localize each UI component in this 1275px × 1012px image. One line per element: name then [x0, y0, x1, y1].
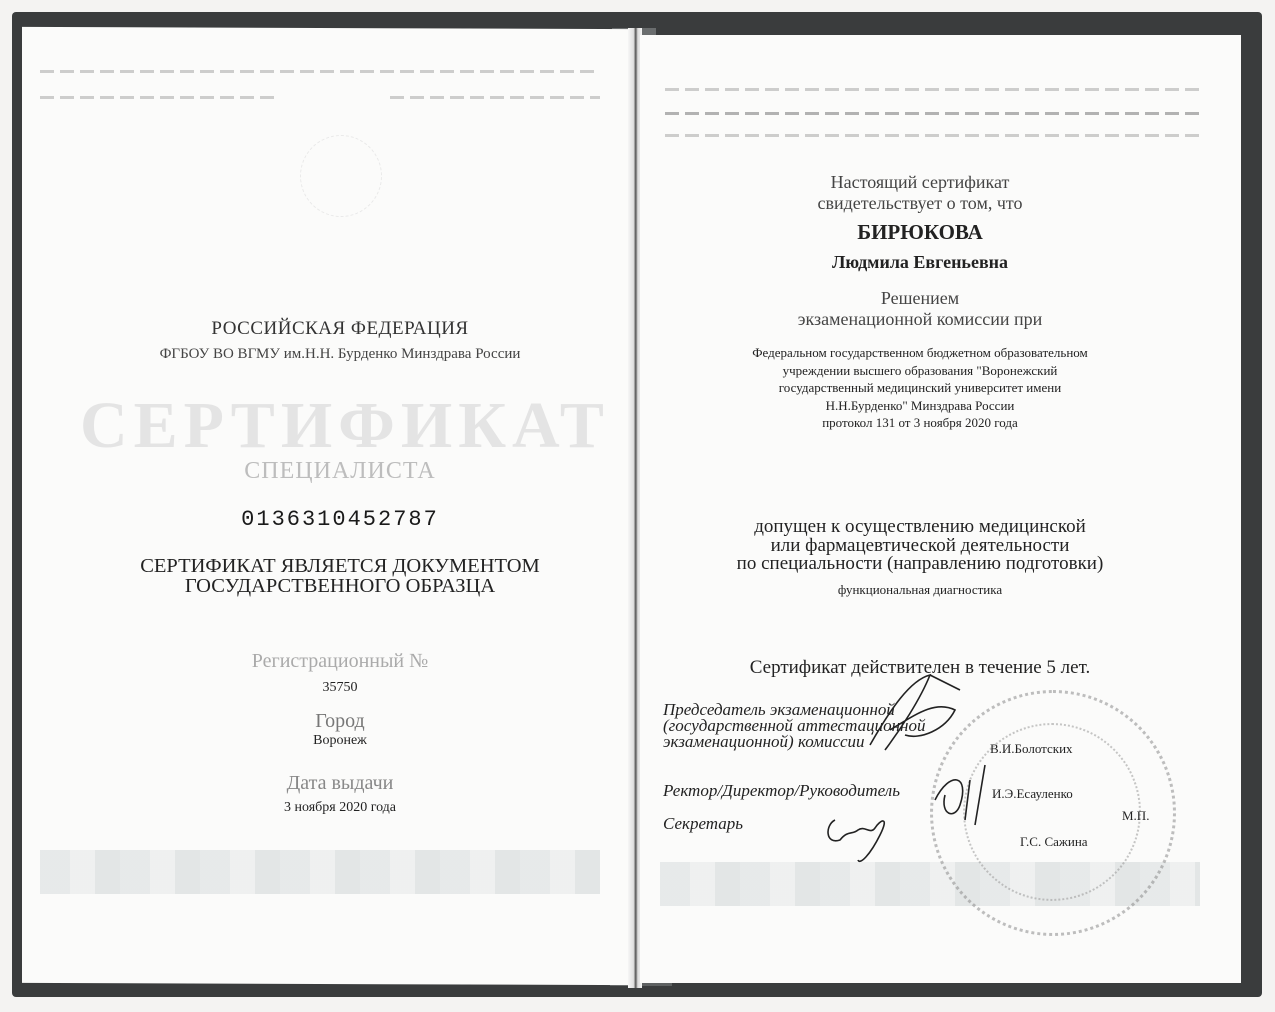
intro-text: Настоящий сертификат свидетельствует о т…	[640, 172, 1200, 214]
rector-label: Ректор/Директор/Руководитель	[663, 783, 900, 799]
institution-line: государственный медицинский университет …	[640, 379, 1200, 397]
specialty-value: функциональная диагностика	[640, 582, 1200, 598]
institution-line: Н.Н.Бурденко" Минздрава России	[640, 397, 1200, 415]
admission-line: по специальности (направлению подготовки…	[640, 555, 1200, 574]
city-label: Город	[100, 710, 580, 733]
decision-line: Решением	[640, 288, 1200, 309]
country-heading: РОССИЙСКАЯ ФЕДЕРАЦИЯ	[100, 318, 580, 340]
serial-number: 0136310452787	[100, 507, 580, 532]
certificate-subtitle: СПЕЦИАЛИСТА	[100, 458, 580, 485]
issue-date-label: Дата выдачи	[100, 772, 580, 795]
decorative-band	[40, 850, 600, 894]
decision-text: Решением экзаменационной комиссии при	[640, 288, 1200, 330]
institution-line: Федеральном государственном бюджетном об…	[640, 344, 1200, 362]
city-value: Воронеж	[100, 733, 580, 749]
institution-line: учреждении высшего образования "Воронежс…	[640, 362, 1200, 380]
seal-place-label: М.П.	[1122, 808, 1149, 824]
emblem-watermark	[300, 135, 382, 217]
state-document-line: ГОСУДАРСТВЕННОГО ОБРАЗЦА	[80, 576, 600, 596]
secretary-signature	[820, 800, 900, 870]
chairman-name: В.И.Болотских	[990, 741, 1073, 757]
institution-block: Федеральном государственном бюджетном об…	[640, 344, 1200, 432]
intro-line: свидетельствует о том, что	[640, 193, 1200, 214]
holder-given-names: Людмила Евгеньевна	[640, 252, 1200, 273]
secretary-name: Г.С. Сажина	[1020, 834, 1088, 850]
protocol-line: протокол 131 от 3 ноября 2020 года	[640, 414, 1200, 432]
state-document-note: СЕРТИФИКАТ ЯВЛЯЕТСЯ ДОКУМЕНТОМ ГОСУДАРСТ…	[80, 556, 600, 596]
admission-block: допущен к осуществлению медицинской или …	[640, 518, 1200, 574]
chairman-signature	[860, 670, 970, 760]
decorative-rule	[390, 96, 600, 99]
intro-line: Настоящий сертификат	[640, 172, 1200, 193]
registration-number: 35750	[100, 680, 580, 696]
registration-label: Регистрационный №	[100, 650, 580, 673]
issuer-short: ФГБОУ ВО ВГМУ им.Н.Н. Бурденко Минздрава…	[100, 346, 580, 363]
admission-line: допущен к осуществлению медицинской	[640, 518, 1200, 537]
decorative-rule	[665, 88, 1205, 91]
title-watermark: СЕРТИФИКАТ	[80, 388, 600, 464]
decorative-rule	[665, 134, 1205, 137]
rector-name: И.Э.Есауленко	[992, 786, 1073, 802]
rector-signature	[930, 760, 1000, 830]
secretary-label: Секретарь	[663, 816, 743, 832]
holder-surname: БИРЮКОВА	[640, 220, 1200, 245]
decorative-rule	[40, 70, 600, 73]
decision-line: экзаменационной комиссии при	[640, 309, 1200, 330]
issue-date-value: 3 ноября 2020 года	[100, 800, 580, 816]
state-document-line: СЕРТИФИКАТ ЯВЛЯЕТСЯ ДОКУМЕНТОМ	[80, 556, 600, 576]
decorative-rule	[40, 96, 280, 99]
decorative-rule	[665, 112, 1205, 115]
